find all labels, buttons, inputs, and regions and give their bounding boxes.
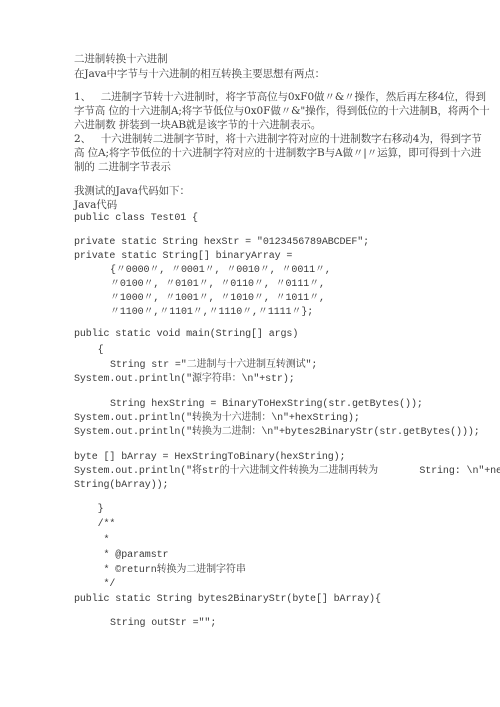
code-line: System.out.println("转换为十六进制：\n"+hexStrin… [74, 412, 360, 426]
code-line: } [74, 503, 104, 517]
point-line: 六进制数 拼装到一块AB就是该字节的十六进制表示。 [74, 118, 321, 132]
code-line: System.out.println("源字符串：\n"+str); [74, 373, 295, 387]
document-page: 二进制转换十六进制 在Java中字节与十六进制的相互转换主要思想有两点： 1、 … [0, 0, 500, 707]
code-line: public class Test01 { [74, 212, 198, 226]
code-line: */ [74, 578, 115, 592]
point-line: 1、 二进制字节转十六进制时，将字节高位与0xF0做〃&〃操作，然后再左移4位，… [74, 90, 486, 104]
point-line: 字节高 位的十六进制A;将字节低位与0x0F做〃&"操作，得到低位的十六进制B，… [74, 104, 490, 118]
code-intro: 我测试的Java代码如下： [74, 184, 190, 198]
code-line: String hexString = BinaryToHexString(str… [110, 398, 423, 412]
code-line: 〃1100〃,〃1101〃,〃1110〃,〃1111〃}; [110, 306, 313, 320]
code-line: * @paramstr [74, 549, 168, 563]
code-line: System.out.println("转换为二进制：\n"+bytes2Bin… [74, 426, 480, 440]
code-line: byte [] bArray = HexStringToBinary(hexSt… [74, 451, 345, 465]
code-line: /** [74, 518, 115, 532]
code-line: String(bArray)); [74, 479, 168, 493]
point-line: 高 位A;将字节低位的十六进制字符对应的十进制数字B与A做〃|〃运算，即可得到十… [74, 146, 481, 160]
code-line: String str ="二进制与十六进制互转测试"; [110, 359, 317, 373]
code-line: private static String[] binaryArray = [74, 250, 292, 264]
code-label: Java代码 [74, 198, 117, 212]
point-line: 制的 二进制字节表示 [74, 160, 171, 174]
code-line: System.out.println("将str的十六进制文件转换为二进制再转为… [74, 465, 500, 479]
intro-text: 在Java中字节与十六进制的相互转换主要思想有两点： [74, 67, 325, 81]
code-line: { [74, 344, 104, 358]
code-line: * [74, 534, 109, 548]
code-line: private static String hexStr = "01234567… [74, 236, 369, 250]
code-line: public static String bytes2BinaryStr(byt… [74, 593, 381, 607]
code-line: String outStr =""; [110, 617, 216, 631]
point-line: 2、 十六进制转二进制字节时，将十六进制字符对应的十进制数字右移动4为，得到字节 [74, 132, 482, 146]
code-line: {〃0000〃, 〃0001〃, 〃0010〃, 〃0011〃, [110, 264, 331, 278]
code-line: 〃1000〃, 〃1001〃, 〃1010〃, 〃1011〃, [110, 292, 325, 306]
code-line: public static void main(String[] args) [74, 328, 298, 342]
code-line: * ©return转换为二进制字符串 [74, 564, 246, 578]
doc-title: 二进制转换十六进制 [74, 52, 168, 66]
code-line: 〃0100〃, 〃0101〃, 〃0110〃, 〃0111〃, [110, 278, 325, 292]
